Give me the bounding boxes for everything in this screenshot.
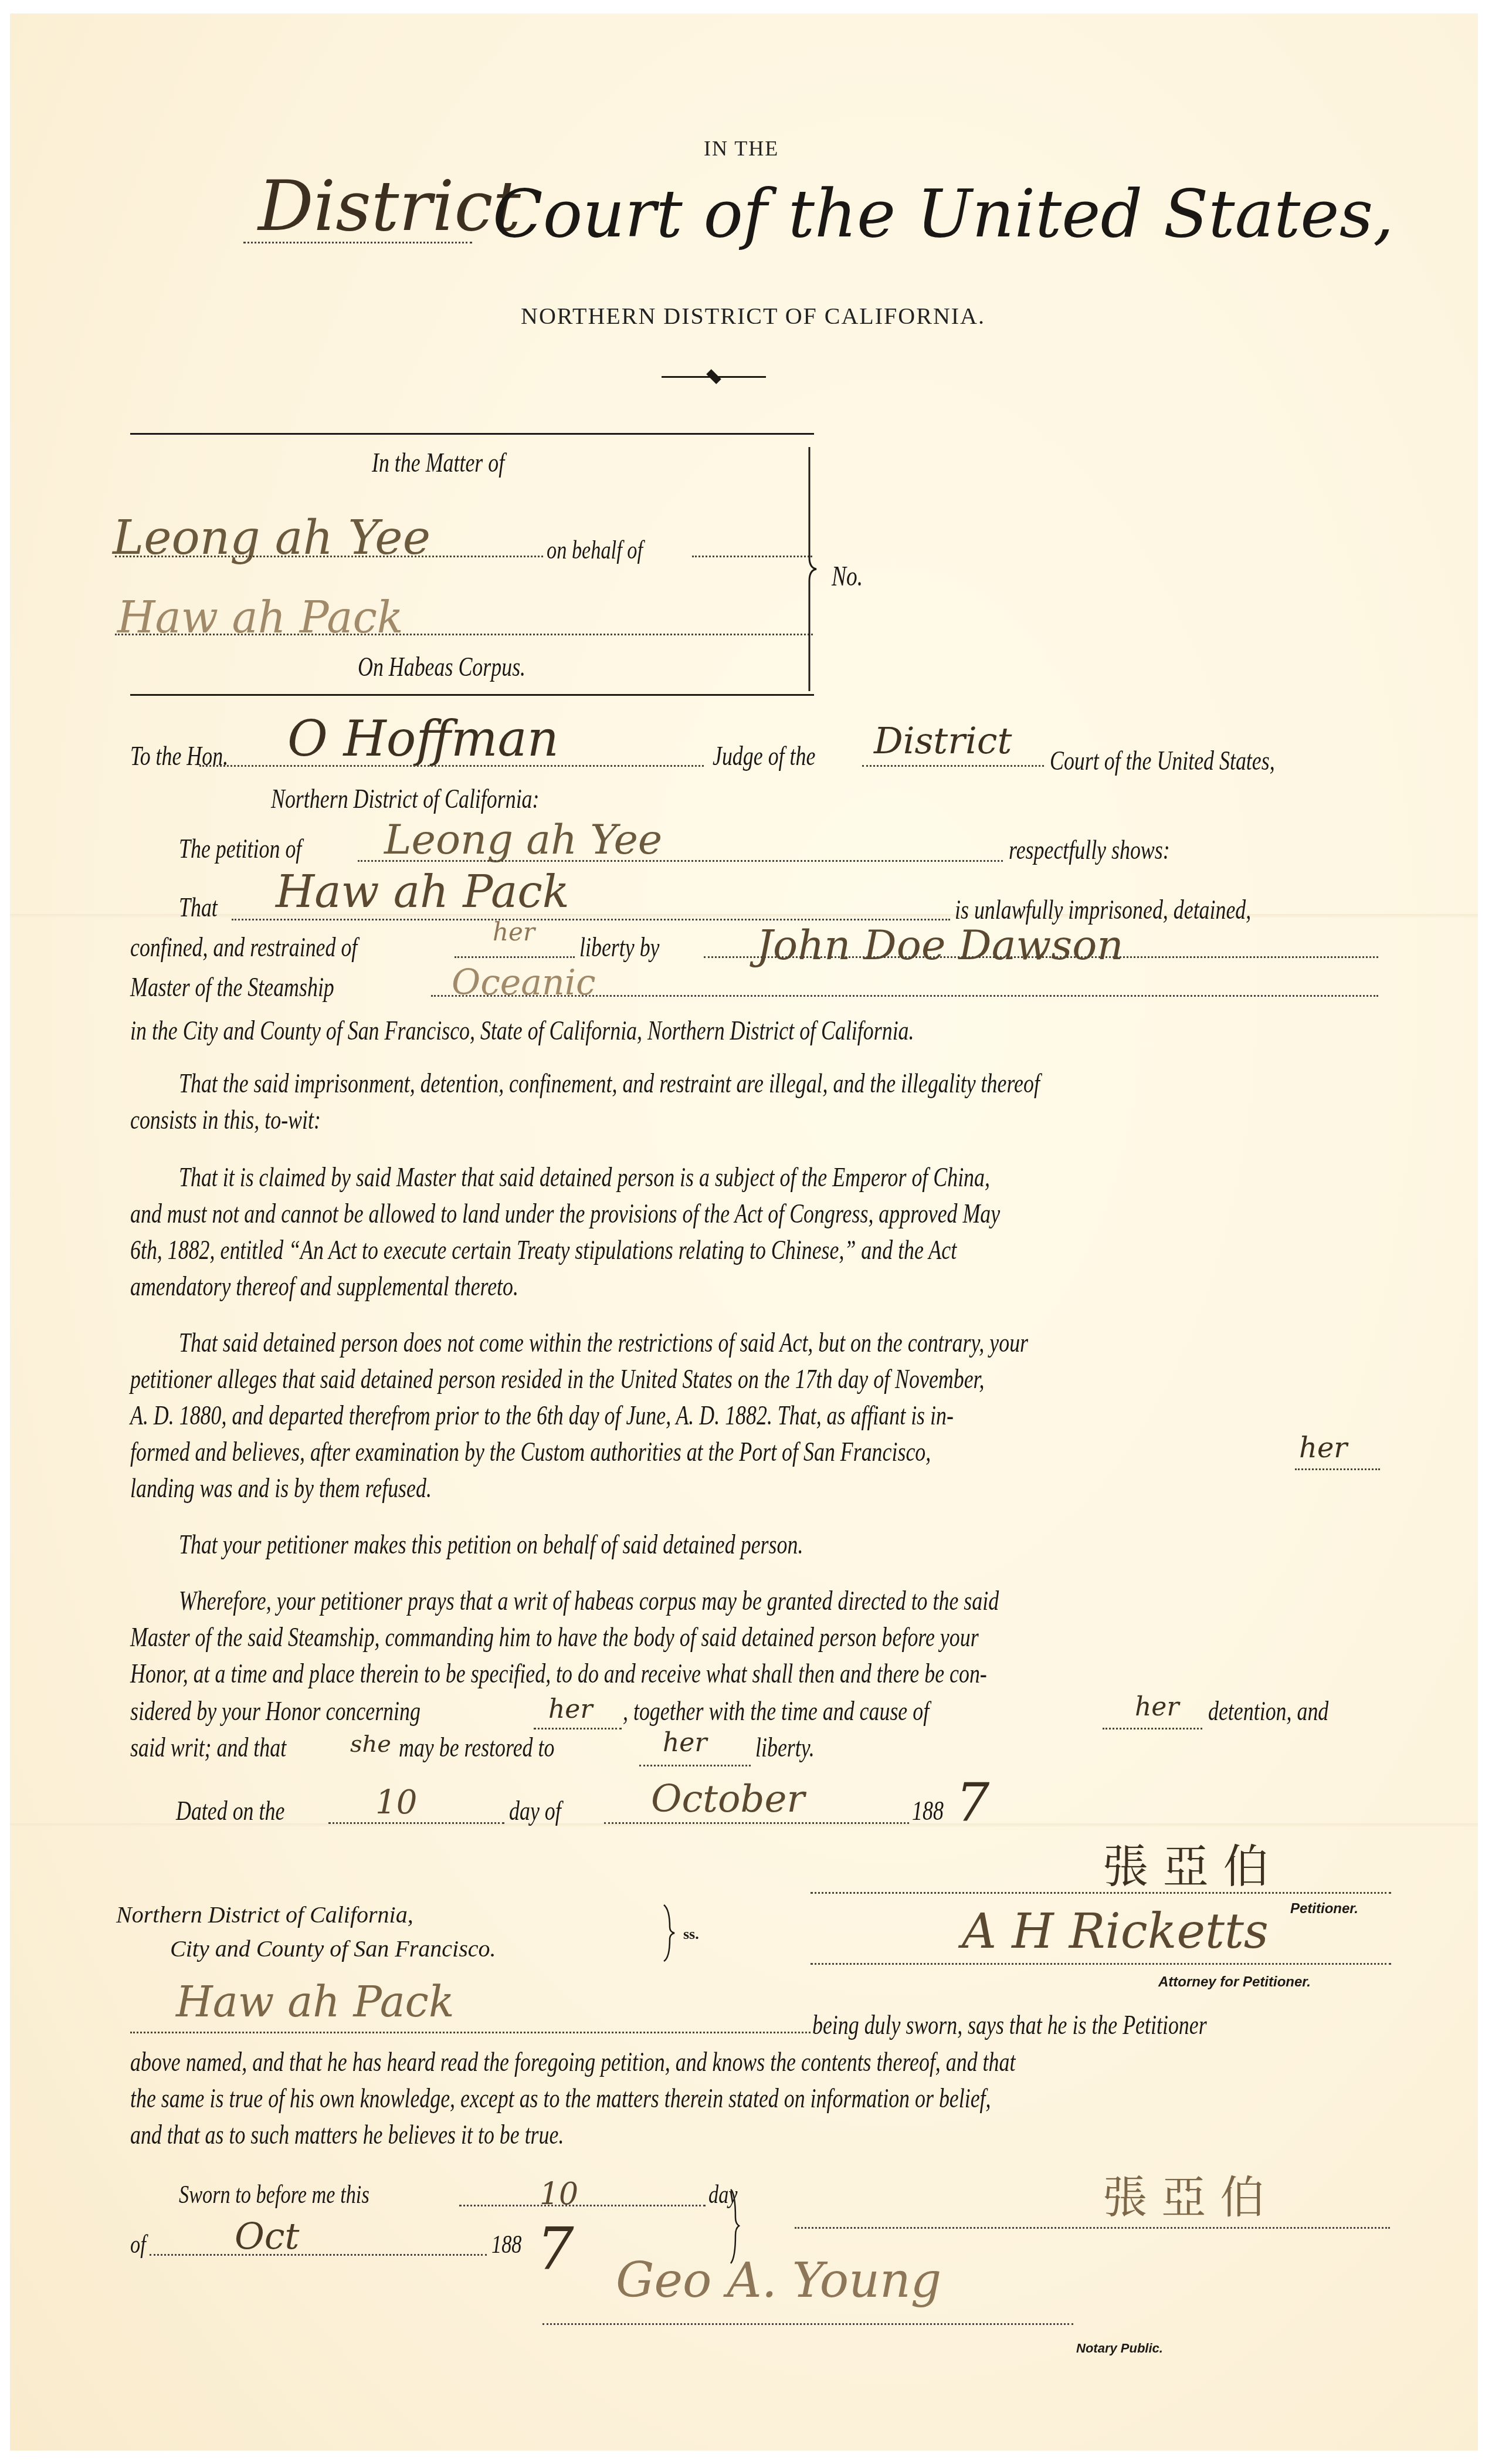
affidavit-line3: the same is true of his own knowledge, e…: [130, 2083, 991, 2114]
location-line: in the City and County of San Francisco,…: [130, 1015, 914, 1046]
affidavit-line4: and that as to such matters he believes …: [130, 2119, 564, 2150]
steamship-name: Oceanic: [452, 962, 596, 1003]
pronoun-blank-4: [639, 1765, 751, 1766]
day-of-label: day of: [509, 1795, 561, 1826]
jurat-of-label: of: [130, 2229, 146, 2259]
venue-brace-icon: [662, 1904, 679, 1962]
master-name: John Doe Dawson: [757, 921, 1124, 969]
pronoun-blank-1: [455, 956, 575, 958]
judge-name-blank: [199, 765, 704, 767]
affidavit-line2: above named, and that he has heard read …: [130, 2046, 1015, 2077]
petitioner-label: Petitioner.: [1290, 1901, 1358, 1917]
dated-day: 10: [375, 1783, 417, 1822]
caption-petitioner-blank: [115, 556, 543, 557]
pronoun-her-4: her: [663, 1728, 707, 1758]
dated-on-the-label: Dated on the: [176, 1795, 284, 1826]
paragraph-wherefore-line3: Honor, at a time and place therein to be…: [130, 1658, 987, 1689]
paragraph-residence-line5: landing was and is by them refused.: [130, 1473, 432, 1504]
notary-signature: Geo A. Young: [616, 2253, 941, 2309]
paragraph-claim-line1: That it is claimed by said Master that s…: [179, 1162, 990, 1193]
paragraph-claim-line2: and must not and cannot be allowed to la…: [130, 1198, 1000, 1229]
caption-bottom-rule: [130, 694, 814, 696]
caption-top-rule: [130, 433, 814, 435]
paragraph-wherefore-line4c: detention, and: [1208, 1695, 1328, 1727]
paragraph-behalf: That your petitioner makes this petition…: [179, 1529, 803, 1560]
jurat-year-suffix: 7: [537, 2215, 574, 2283]
caption-detainee-blank: [115, 634, 813, 635]
in-the-heading: IN THE: [704, 136, 779, 161]
paragraph-claim-line3: 6th, 1882, entitled “An Act to execute c…: [130, 1234, 957, 1265]
pronoun-she: she: [350, 1731, 391, 1758]
pronoun-landing-blank: [1295, 1468, 1380, 1470]
petition-of-label: The petition of: [179, 833, 301, 864]
ornament-rule-right: [717, 376, 766, 378]
petitioner-mark: 張 亞 伯: [1103, 1830, 1269, 1896]
paper-fold: [10, 914, 1478, 918]
caption-brace-icon: [803, 446, 827, 692]
dated-month: October: [651, 1778, 805, 1821]
pronoun-her-1: her: [493, 918, 535, 946]
court-type-handwritten: District: [258, 165, 521, 246]
case-number-field[interactable]: [880, 581, 1009, 604]
paragraph-residence-line1: That said detained person does not come …: [179, 1327, 1028, 1358]
venue-line2: City and County of San Francisco.: [170, 1935, 496, 1962]
paragraph-residence-line3: A. D. 1880, and departed therefrom prior…: [130, 1400, 954, 1431]
paragraph-wherefore-line1: Wherefore, your petitioner prays that a …: [179, 1585, 999, 1616]
affiant-name: Haw ah Pack: [176, 1977, 455, 2026]
paragraph-wherefore-line4b: , together with the time and cause of: [623, 1695, 929, 1727]
paragraph-wherefore-line5c: liberty.: [755, 1732, 815, 1763]
on-habeas-corpus-label: On Habeas Corpus.: [358, 651, 525, 682]
paragraph-residence-line4: formed and believes, after examination b…: [130, 1436, 931, 1467]
ornament-rule-left: [662, 376, 711, 378]
confined-label: confined, and restrained of: [130, 932, 357, 963]
jurat-year-prefix: 188: [491, 2229, 521, 2259]
affidavit-line1: being duly sworn, says that he is the Pe…: [812, 2009, 1207, 2040]
northern-district-label: Northern District of California:: [271, 783, 540, 814]
jurat-month-blank: [150, 2254, 487, 2256]
affiant-name-blank: [130, 2032, 811, 2033]
caption-detainee-name: Haw ah Pack: [117, 593, 403, 643]
court-type-address: District: [874, 719, 1012, 762]
court-of-us-label: Court of the United States,: [1050, 745, 1275, 776]
master-name-blank: [704, 956, 1378, 958]
ss-label: ss.: [683, 1925, 699, 1943]
paragraph-residence-line2: petitioner alleges that said detained pe…: [130, 1363, 985, 1395]
notary-label: Notary Public.: [1076, 2341, 1163, 2356]
pronoun-her-landing: her: [1299, 1431, 1347, 1464]
paragraph-wherefore-line5b: may be restored to: [399, 1732, 554, 1763]
judge-name: O Hoffman: [287, 710, 559, 767]
petitioner-signature-line[interactable]: [811, 1892, 1391, 1894]
paragraph-claim-line4: amendatory thereof and supplemental ther…: [130, 1271, 518, 1302]
respectfully-shows-label: respectfully shows:: [1009, 834, 1170, 865]
attorney-signature-line[interactable]: [811, 1963, 1391, 1965]
district-heading: NORTHERN DISTRICT OF CALIFORNIA.: [521, 302, 985, 330]
pronoun-her-2: her: [548, 1694, 592, 1724]
petition-detainee-blank: [232, 919, 950, 920]
petition-detainee-name: Haw ah Pack: [276, 865, 569, 918]
paragraph-illegality-line1: That the said imprisonment, detention, c…: [179, 1068, 1040, 1099]
jurat-day-blank: [459, 2205, 706, 2206]
steamship-blank: [431, 995, 1378, 997]
jurat-month: Oct: [235, 2215, 299, 2257]
dated-year-suffix: 7: [956, 1772, 989, 1833]
court-type-blank: [243, 242, 472, 243]
judge-of-the-label: Judge of the: [713, 740, 815, 771]
court-type-address-blank: [862, 765, 1044, 767]
pronoun-blank-3: [1103, 1728, 1202, 1729]
pronoun-blank-2: [534, 1728, 622, 1729]
jurat-day: 10: [540, 2177, 578, 2212]
liberty-by-label: liberty by: [579, 932, 660, 963]
pronoun-her-3: her: [1135, 1692, 1179, 1722]
dated-day-blank: [328, 1822, 504, 1824]
attorney-signature: A H Ricketts: [962, 1904, 1269, 1959]
affiant-mark: 張 亞 伯: [1103, 2162, 1264, 2226]
on-behalf-blank: [692, 556, 812, 557]
that-label: That: [179, 892, 218, 923]
sworn-to-label: Sworn to before me this: [179, 2179, 369, 2209]
paragraph-wherefore-line4a: sidered by your Honor concerning: [130, 1695, 421, 1727]
affiant-signature-line[interactable]: [795, 2227, 1390, 2229]
to-the-hon-label: To the Hon.: [130, 740, 228, 771]
petition-petitioner-name: Leong ah Yee: [384, 815, 662, 864]
on-behalf-of-label: on behalf of: [547, 535, 643, 565]
dated-year-prefix: 188: [912, 1795, 944, 1826]
notary-signature-line[interactable]: [542, 2323, 1073, 2325]
court-title: Court of the United States,: [493, 176, 1394, 252]
in-the-matter-of-label: In the Matter of: [372, 447, 504, 478]
dated-month-blank: [604, 1822, 909, 1824]
paragraph-illegality-line2: consists in this, to-wit:: [130, 1104, 321, 1135]
petition-petitioner-blank: [358, 860, 1003, 862]
paragraph-wherefore-line2: Master of the said Steamship, commanding…: [130, 1622, 979, 1653]
paragraph-wherefore-line5a: said writ; and that: [130, 1732, 286, 1763]
attorney-label: Attorney for Petitioner.: [1158, 1974, 1311, 1991]
venue-line1: Northern District of California,: [116, 1901, 413, 1928]
case-number-label: No.: [832, 560, 863, 593]
master-of-steamship-label: Master of the Steamship: [130, 972, 334, 1003]
